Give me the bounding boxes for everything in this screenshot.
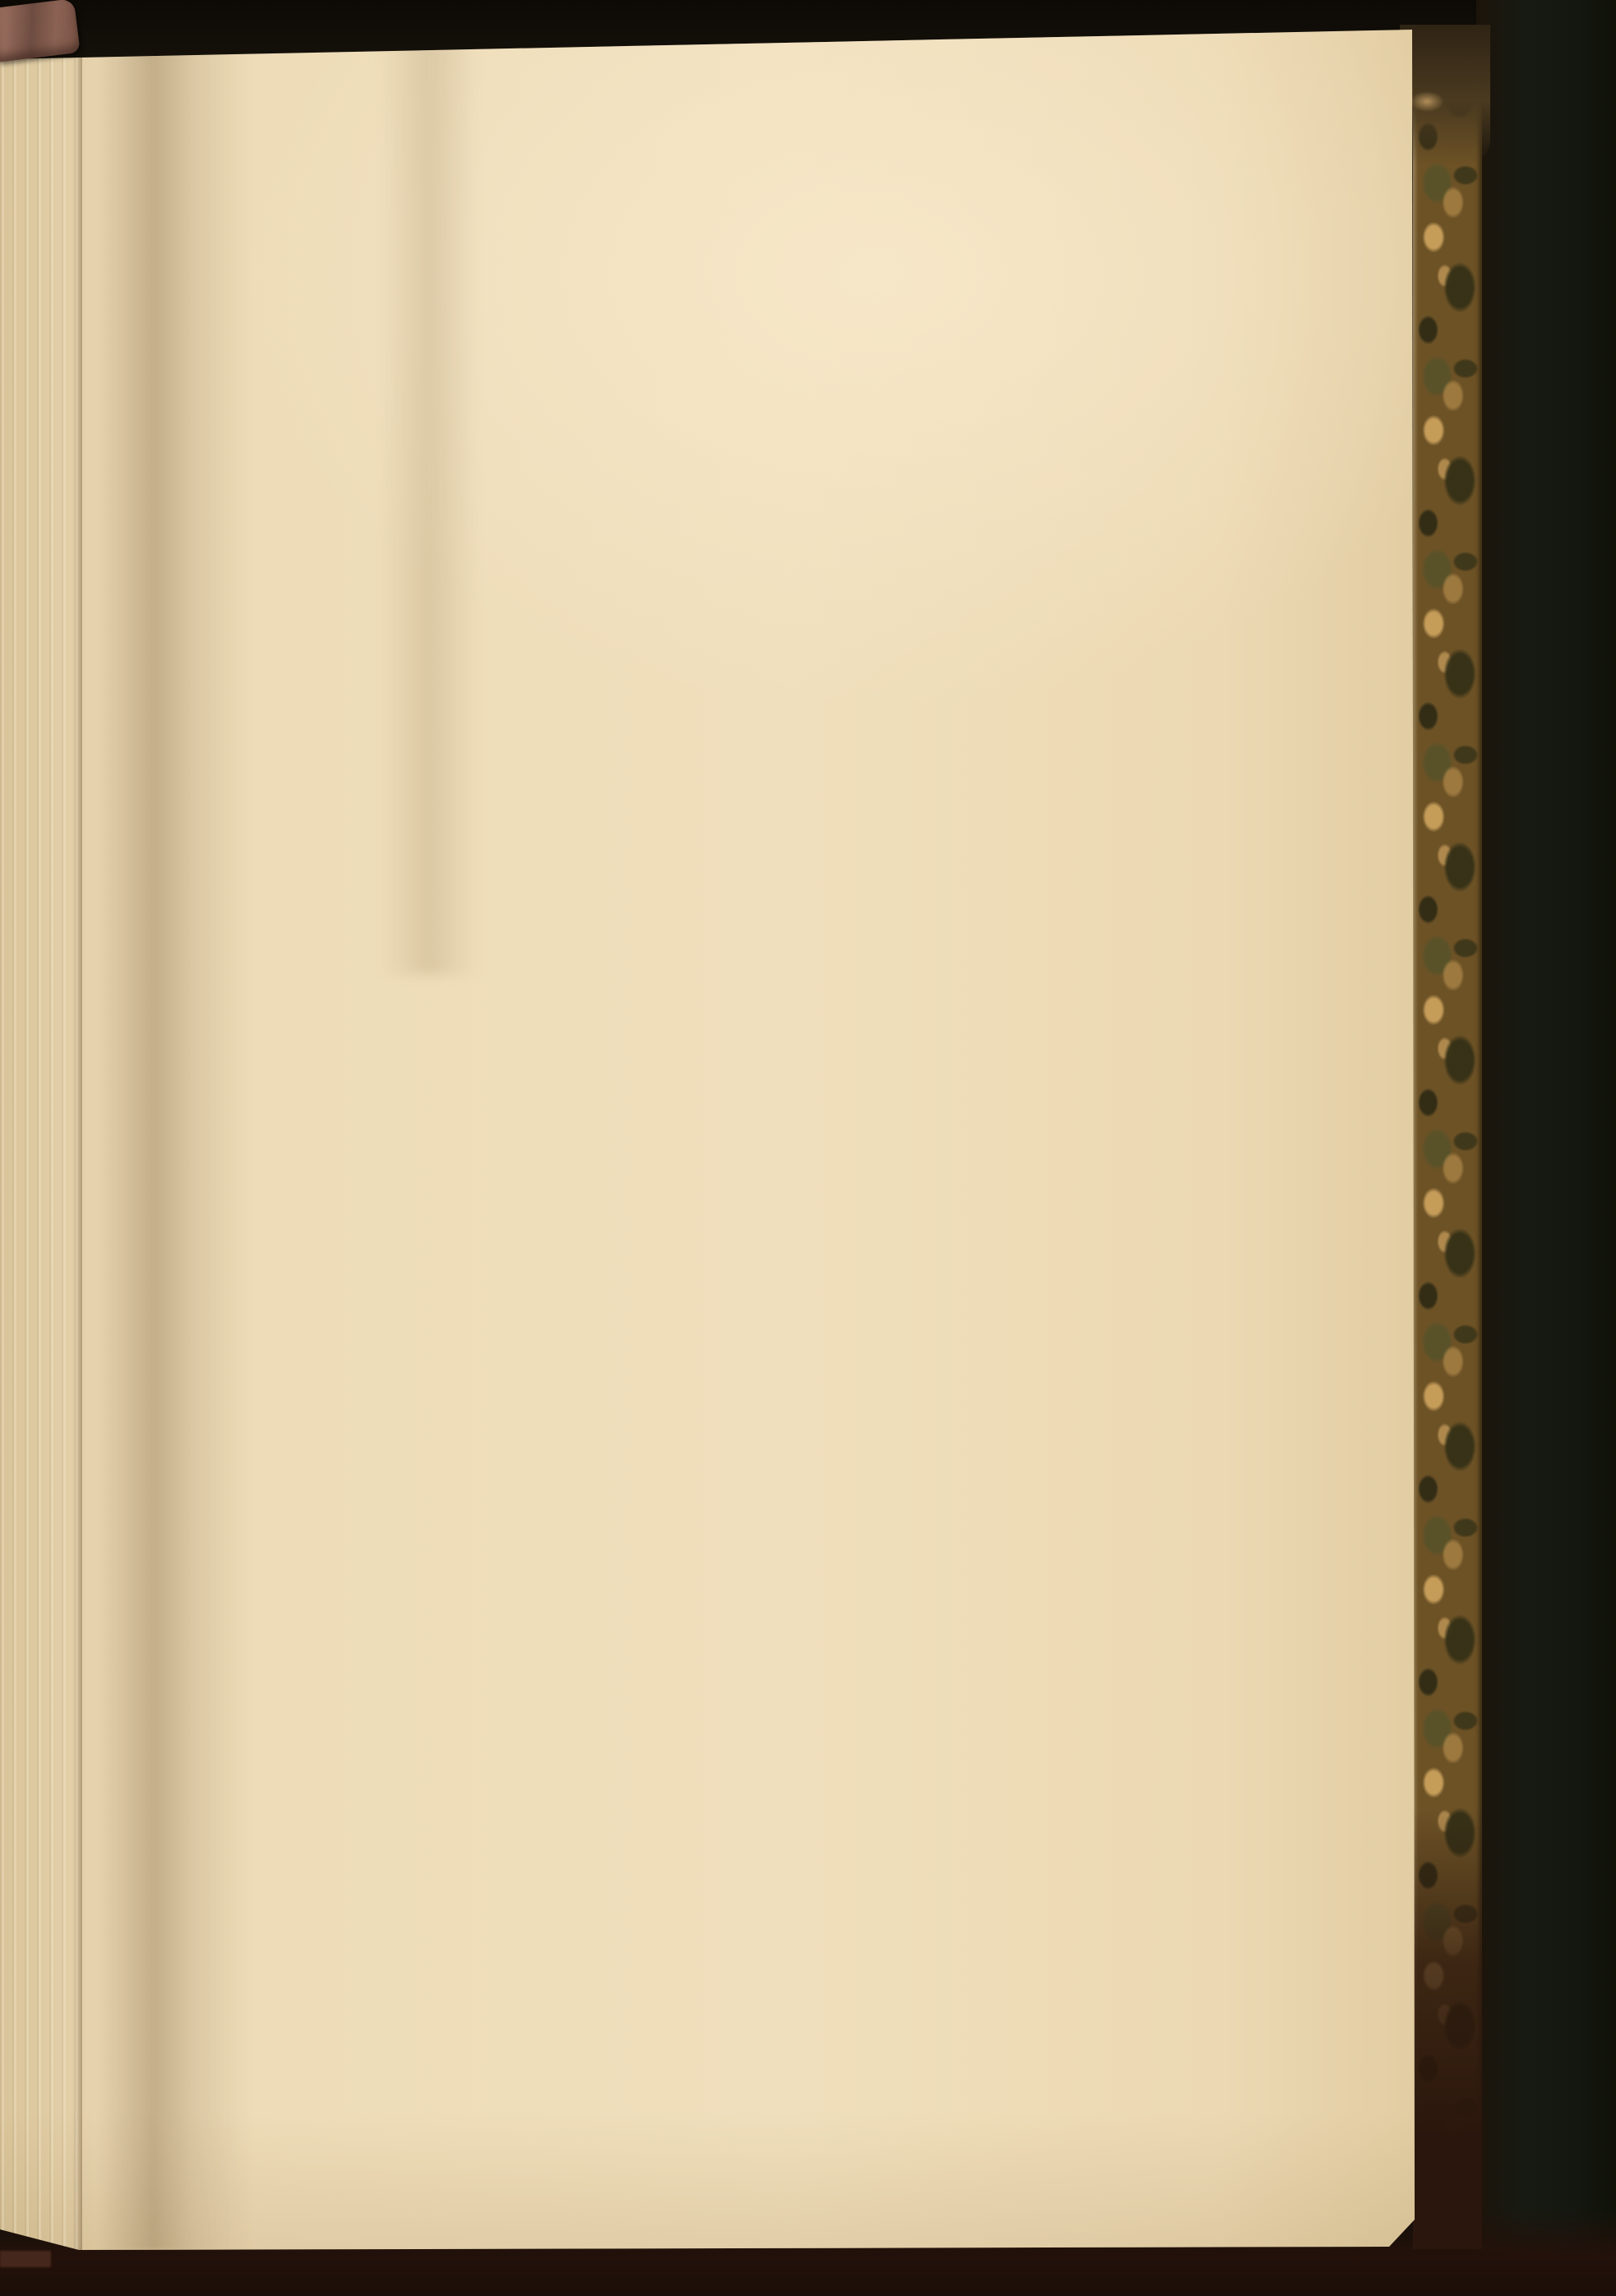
marbled-fore-edge xyxy=(1413,25,1482,2249)
book-photo: 17 während seine Familie in Erfurt blieb… xyxy=(0,0,1616,2296)
gutter-shadow xyxy=(97,30,253,2250)
page-edges-strip xyxy=(0,30,82,2250)
bookmark-ribbon xyxy=(0,0,81,62)
book-page xyxy=(0,30,1415,2250)
page-curl-shadow xyxy=(380,30,478,975)
right-background xyxy=(1476,0,1616,2296)
page-stack-sliver xyxy=(0,2251,51,2267)
